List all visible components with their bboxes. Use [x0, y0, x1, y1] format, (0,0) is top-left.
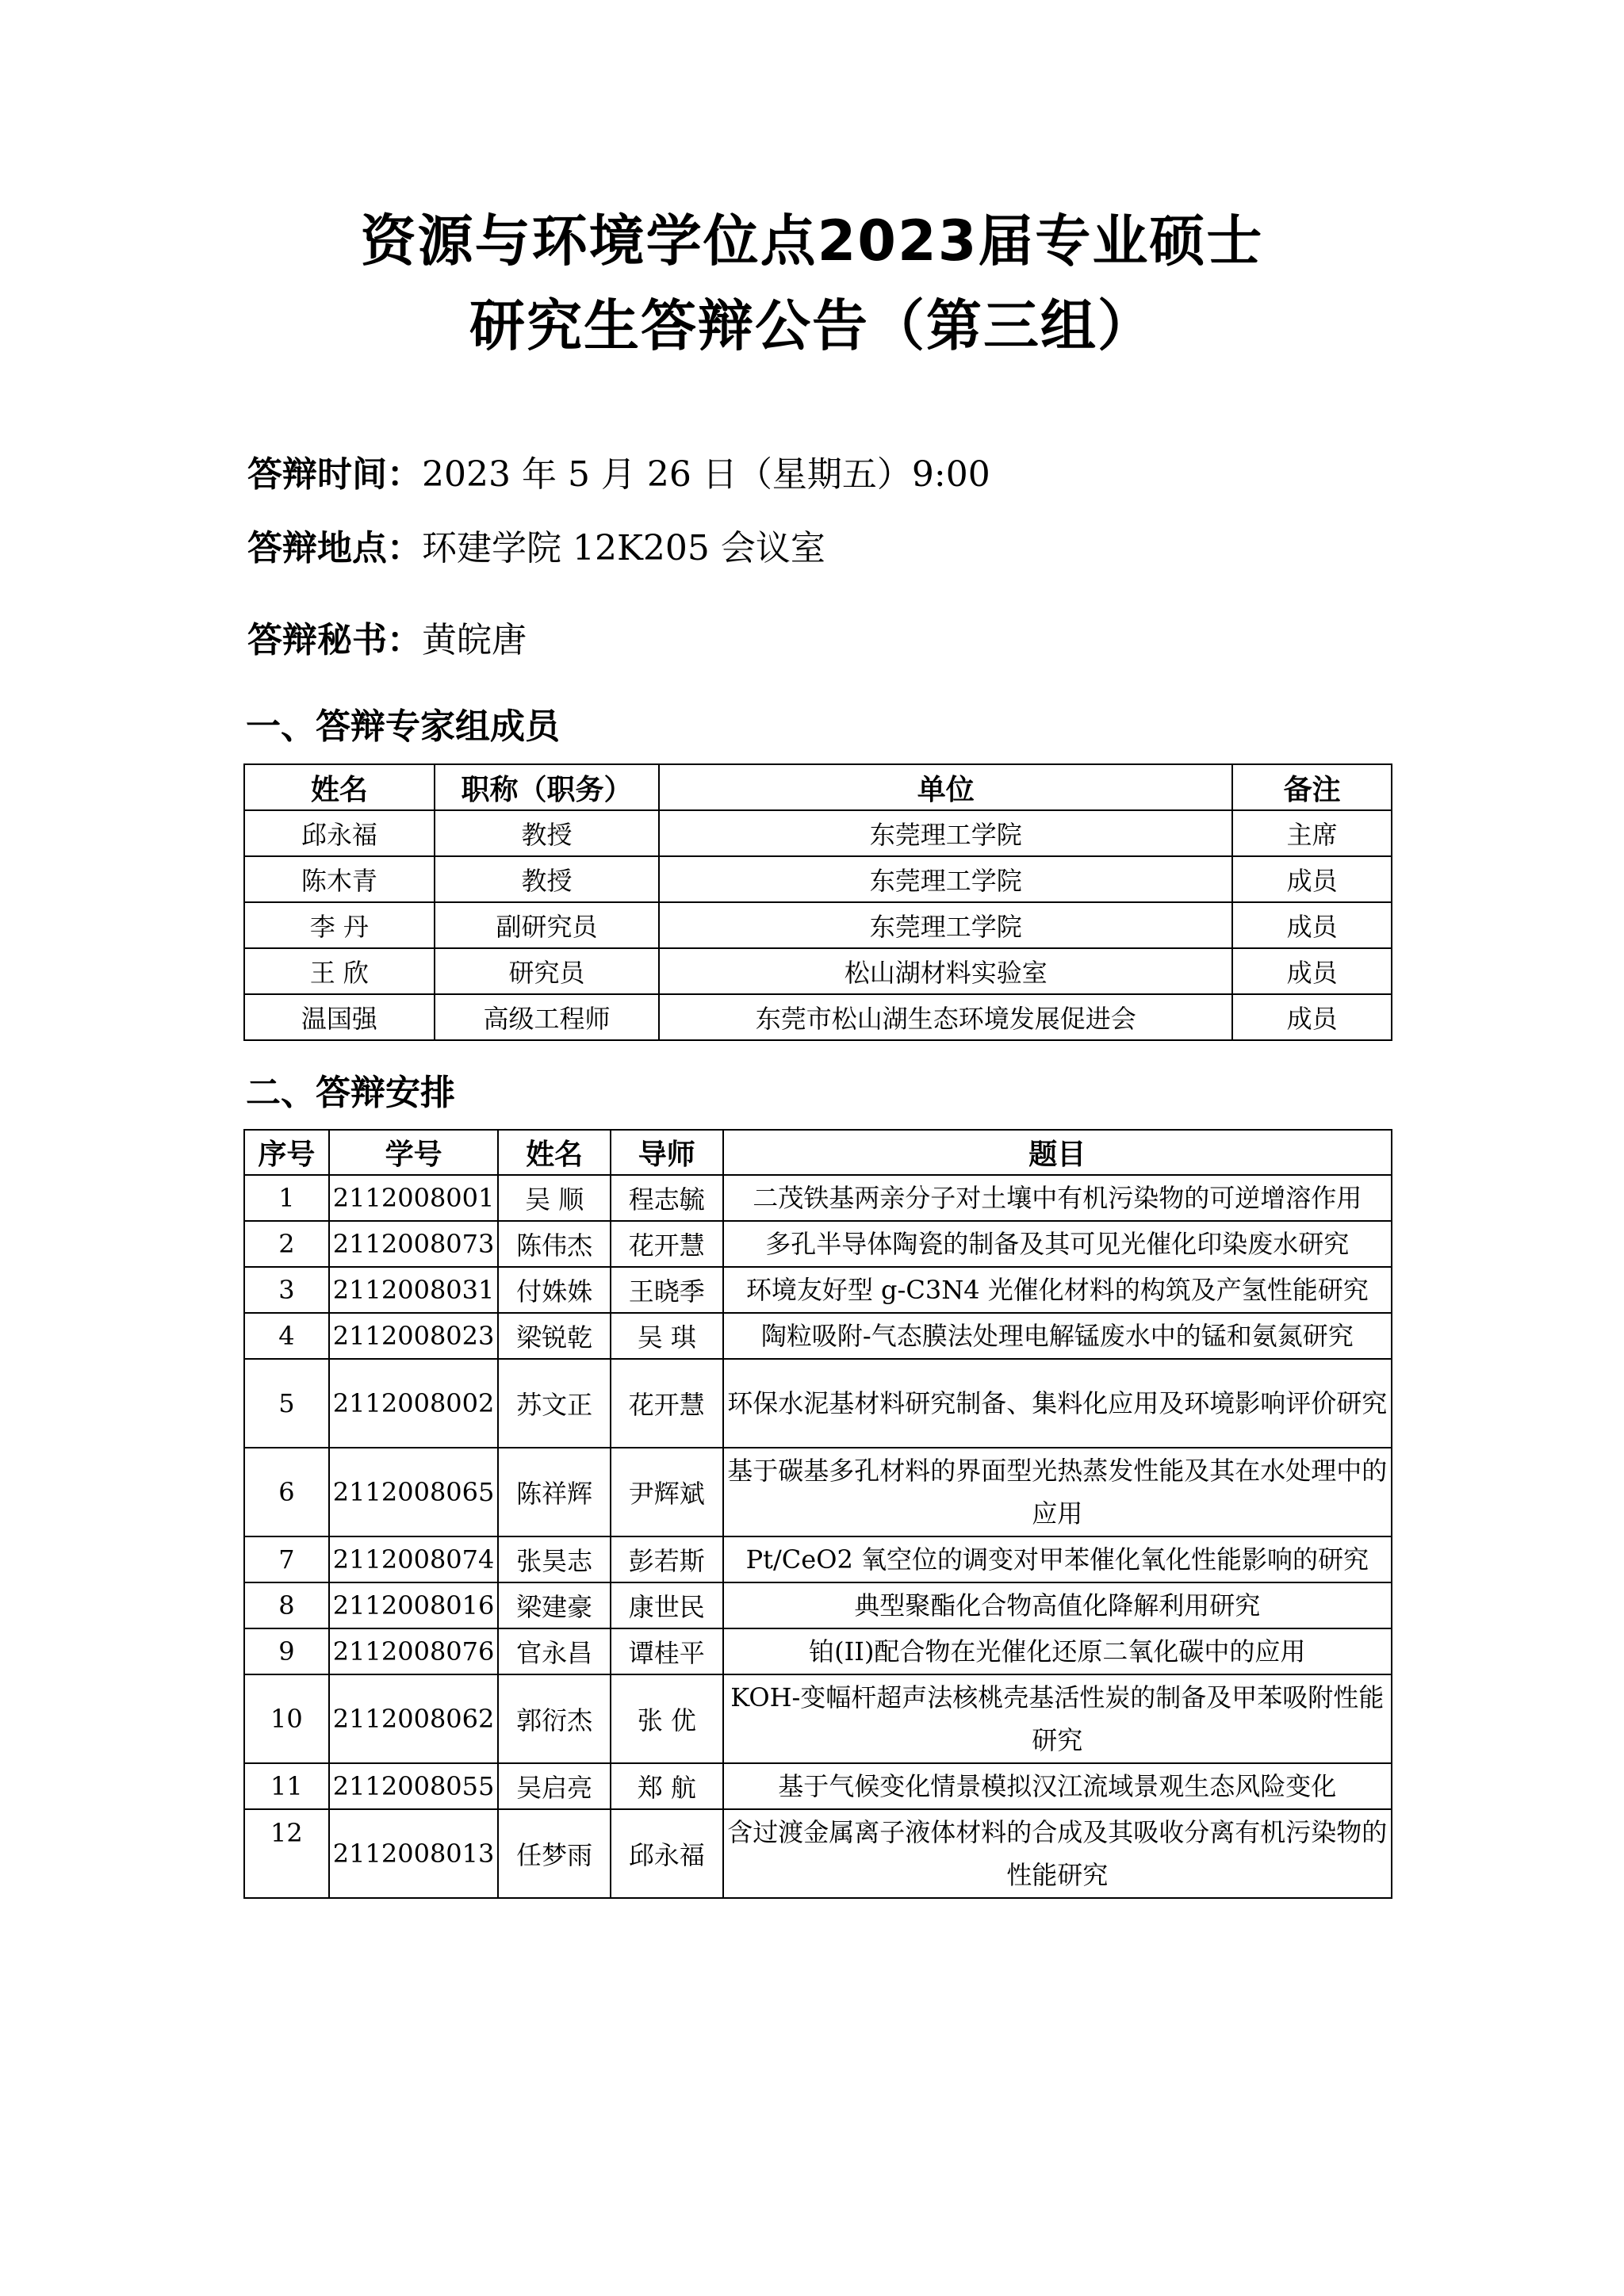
expert-name: 邱永福 — [244, 810, 435, 856]
table-row: 7 2112008074 张昊志 彭若斯 Pt/CeO2 氧空位的调变对甲苯催化… — [244, 1536, 1392, 1582]
topic: 铂(II)配合物在光催化还原二氧化碳中的应用 — [723, 1628, 1392, 1674]
expert-unit: 松山湖材料实验室 — [659, 948, 1232, 994]
expert-note: 成员 — [1232, 948, 1392, 994]
expert-unit: 东莞理工学院 — [659, 810, 1232, 856]
seq: 1 — [244, 1175, 329, 1221]
topic: 基于碳基多孔材料的界面型光热蒸发性能及其在水处理中的应用 — [723, 1448, 1392, 1536]
topic: 环保水泥基材料研究制备、集料化应用及环境影响评价研究 — [723, 1359, 1392, 1448]
student-name: 付姝姝 — [498, 1267, 611, 1313]
col-header-name: 姓名 — [244, 764, 435, 810]
col-header-title: 职称（职务） — [435, 764, 660, 810]
table-row: 9 2112008076 官永昌 谭桂平 铂(II)配合物在光催化还原二氧化碳中… — [244, 1628, 1392, 1674]
table-row: 6 2112008065 陈祥辉 尹辉斌 基于碳基多孔材料的界面型光热蒸发性能及… — [244, 1448, 1392, 1536]
defense-time-value: 2023 年 5 月 26 日（星期五）9:00 — [422, 454, 990, 495]
expert-unit: 东莞理工学院 — [659, 856, 1232, 902]
col-header-topic: 题目 — [723, 1130, 1392, 1175]
expert-note: 成员 — [1232, 856, 1392, 902]
table-row: 4 2112008023 梁锐乾 吴 琪 陶粒吸附-气态膜法处理电解锰废水中的锰… — [244, 1313, 1392, 1359]
schedule-table: 序号 学号 姓名 导师 题目 1 2112008001 吴 顺 程志毓 二茂铁基… — [243, 1129, 1392, 1899]
student-name: 梁建豪 — [498, 1582, 611, 1628]
student-id: 2112008076 — [329, 1628, 499, 1674]
experts-header-row: 姓名 职称（职务） 单位 备注 — [244, 764, 1392, 810]
schedule-heading: 二、答辩安排 — [246, 1064, 455, 1115]
advisor: 郑 航 — [611, 1763, 723, 1809]
table-row: 温国强 高级工程师 东莞市松山湖生态环境发展促进会 成员 — [244, 994, 1392, 1040]
student-name: 陈祥辉 — [498, 1448, 611, 1536]
student-name: 苏文正 — [498, 1359, 611, 1448]
student-name: 吴启亮 — [498, 1763, 611, 1809]
defense-secretary-label: 答辩秘书： — [247, 620, 422, 660]
topic: Pt/CeO2 氧空位的调变对甲苯催化氧化性能影响的研究 — [723, 1536, 1392, 1582]
expert-title: 高级工程师 — [435, 994, 660, 1040]
expert-name: 李 丹 — [244, 902, 435, 948]
experts-table: 姓名 职称（职务） 单位 备注 邱永福 教授 东莞理工学院 主席 陈木青 教授 … — [243, 763, 1392, 1041]
expert-title: 教授 — [435, 810, 660, 856]
student-id: 2112008074 — [329, 1536, 499, 1582]
student-id: 2112008073 — [329, 1221, 499, 1267]
table-row: 3 2112008031 付姝姝 王晓季 环境友好型 g-C3N4 光催化材料的… — [244, 1267, 1392, 1313]
expert-title: 副研究员 — [435, 902, 660, 948]
seq: 4 — [244, 1313, 329, 1359]
advisor: 康世民 — [611, 1582, 723, 1628]
student-id: 2112008065 — [329, 1448, 499, 1536]
col-header-name: 姓名 — [498, 1130, 611, 1175]
defense-secretary: 答辩秘书：黄皖唐 — [247, 611, 527, 662]
student-id: 2112008016 — [329, 1582, 499, 1628]
advisor: 邱永福 — [611, 1809, 723, 1898]
student-name: 陈伟杰 — [498, 1221, 611, 1267]
col-header-unit: 单位 — [659, 764, 1232, 810]
topic: 环境友好型 g-C3N4 光催化材料的构筑及产氢性能研究 — [723, 1267, 1392, 1313]
table-row: 11 2112008055 吴启亮 郑 航 基于气候变化情景模拟汉江流域景观生态… — [244, 1763, 1392, 1809]
advisor: 吴 琪 — [611, 1313, 723, 1359]
defense-secretary-value: 黄皖唐 — [422, 620, 527, 660]
topic: 二茂铁基两亲分子对土壤中有机污染物的可逆增溶作用 — [723, 1175, 1392, 1221]
student-id: 2112008055 — [329, 1763, 499, 1809]
advisor: 王晓季 — [611, 1267, 723, 1313]
topic: KOH-变幅杆超声法核桃壳基活性炭的制备及甲苯吸附性能研究 — [723, 1674, 1392, 1763]
col-header-seq: 序号 — [244, 1130, 329, 1175]
advisor: 程志毓 — [611, 1175, 723, 1221]
advisor: 尹辉斌 — [611, 1448, 723, 1536]
expert-title: 教授 — [435, 856, 660, 902]
student-id: 2112008023 — [329, 1313, 499, 1359]
defense-place-value: 环建学院 12K205 会议室 — [422, 528, 825, 568]
defense-time-label: 答辩时间： — [247, 454, 422, 495]
schedule-header-row: 序号 学号 姓名 导师 题目 — [244, 1130, 1392, 1175]
seq: 5 — [244, 1359, 329, 1448]
student-name: 梁锐乾 — [498, 1313, 611, 1359]
col-header-student-id: 学号 — [329, 1130, 499, 1175]
table-row: 12 2112008013 任梦雨 邱永福 含过渡金属离子液体材料的合成及其吸收… — [244, 1809, 1392, 1898]
table-row: 8 2112008016 梁建豪 康世民 典型聚酯化合物高值化降解利用研究 — [244, 1582, 1392, 1628]
topic: 典型聚酯化合物高值化降解利用研究 — [723, 1582, 1392, 1628]
page-title-line-2: 研究生答辩公告（第三组） — [0, 281, 1624, 362]
table-row: 2 2112008073 陈伟杰 花开慧 多孔半导体陶瓷的制备及其可见光催化印染… — [244, 1221, 1392, 1267]
seq: 9 — [244, 1628, 329, 1674]
student-id: 2112008062 — [329, 1674, 499, 1763]
student-name: 官永昌 — [498, 1628, 611, 1674]
student-id: 2112008002 — [329, 1359, 499, 1448]
advisor: 张 优 — [611, 1674, 723, 1763]
expert-title: 研究员 — [435, 948, 660, 994]
seq: 12 — [244, 1809, 329, 1898]
table-row: 1 2112008001 吴 顺 程志毓 二茂铁基两亲分子对土壤中有机污染物的可… — [244, 1175, 1392, 1221]
topic: 基于气候变化情景模拟汉江流域景观生态风险变化 — [723, 1763, 1392, 1809]
table-row: 王 欣 研究员 松山湖材料实验室 成员 — [244, 948, 1392, 994]
table-row: 5 2112008002 苏文正 花开慧 环保水泥基材料研究制备、集料化应用及环… — [244, 1359, 1392, 1448]
seq: 11 — [244, 1763, 329, 1809]
student-name: 任梦雨 — [498, 1809, 611, 1898]
advisor: 花开慧 — [611, 1221, 723, 1267]
seq: 2 — [244, 1221, 329, 1267]
advisor: 谭桂平 — [611, 1628, 723, 1674]
student-id: 2112008031 — [329, 1267, 499, 1313]
defense-time: 答辩时间：2023 年 5 月 26 日（星期五）9:00 — [247, 446, 990, 496]
expert-note: 成员 — [1232, 994, 1392, 1040]
topic: 多孔半导体陶瓷的制备及其可见光催化印染废水研究 — [723, 1221, 1392, 1267]
expert-name: 陈木青 — [244, 856, 435, 902]
table-row: 10 2112008062 郭衍杰 张 优 KOH-变幅杆超声法核桃壳基活性炭的… — [244, 1674, 1392, 1763]
expert-unit: 东莞市松山湖生态环境发展促进会 — [659, 994, 1232, 1040]
seq: 8 — [244, 1582, 329, 1628]
student-name: 张昊志 — [498, 1536, 611, 1582]
expert-name: 温国强 — [244, 994, 435, 1040]
table-row: 陈木青 教授 东莞理工学院 成员 — [244, 856, 1392, 902]
col-header-note: 备注 — [1232, 764, 1392, 810]
expert-note: 主席 — [1232, 810, 1392, 856]
student-id: 2112008013 — [329, 1809, 499, 1898]
topic: 陶粒吸附-气态膜法处理电解锰废水中的锰和氨氮研究 — [723, 1313, 1392, 1359]
experts-heading: 一、答辩专家组成员 — [246, 698, 560, 748]
student-id: 2112008001 — [329, 1175, 499, 1221]
col-header-advisor: 导师 — [611, 1130, 723, 1175]
table-row: 邱永福 教授 东莞理工学院 主席 — [244, 810, 1392, 856]
seq: 3 — [244, 1267, 329, 1313]
advisor: 花开慧 — [611, 1359, 723, 1448]
expert-name: 王 欣 — [244, 948, 435, 994]
seq: 7 — [244, 1536, 329, 1582]
expert-note: 成员 — [1232, 902, 1392, 948]
student-name: 郭衍杰 — [498, 1674, 611, 1763]
table-row: 李 丹 副研究员 东莞理工学院 成员 — [244, 902, 1392, 948]
student-name: 吴 顺 — [498, 1175, 611, 1221]
seq: 10 — [244, 1674, 329, 1763]
topic: 含过渡金属离子液体材料的合成及其吸收分离有机污染物的性能研究 — [723, 1809, 1392, 1898]
defense-place: 答辩地点：环建学院 12K205 会议室 — [247, 519, 825, 570]
defense-place-label: 答辩地点： — [247, 528, 422, 568]
seq: 6 — [244, 1448, 329, 1536]
expert-unit: 东莞理工学院 — [659, 902, 1232, 948]
page-title-line-1: 资源与环境学位点2023届专业硕士 — [0, 197, 1624, 277]
advisor: 彭若斯 — [611, 1536, 723, 1582]
